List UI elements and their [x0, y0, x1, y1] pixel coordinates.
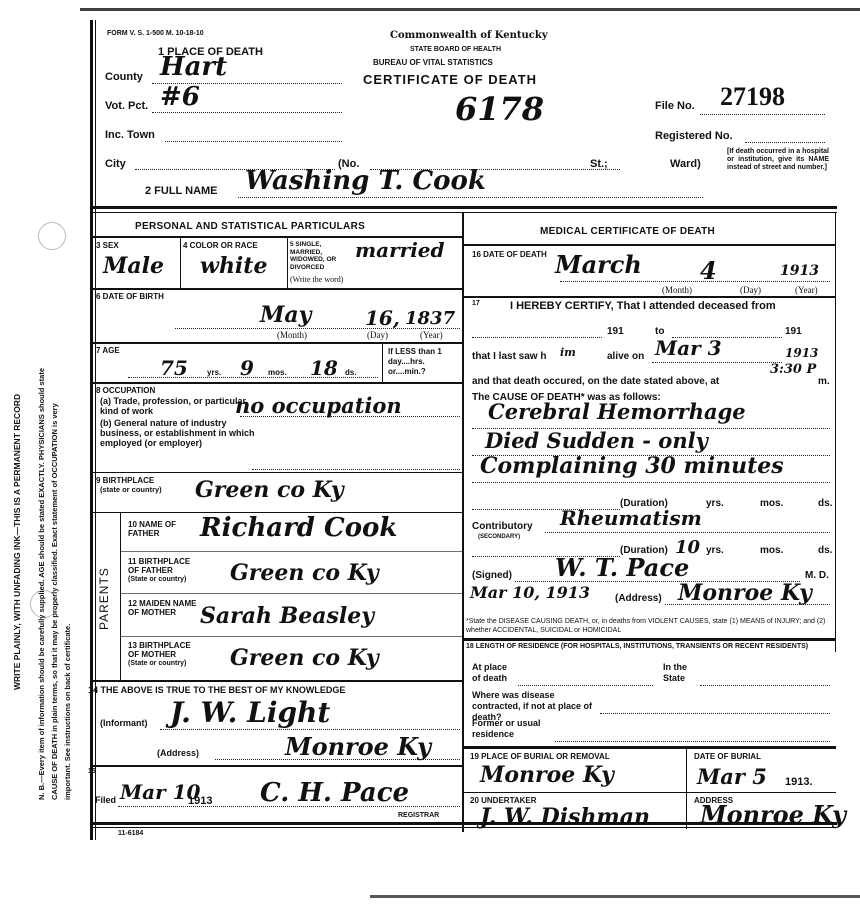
dob-year: 1837	[405, 308, 455, 329]
death-time-value: 3:30 P	[770, 362, 816, 377]
file-no-value: 27198	[720, 82, 785, 112]
dob-month-caption: (Month)	[277, 330, 307, 340]
hospital-note: [If death occurred in a hospital or inst…	[727, 148, 829, 172]
filed-number: 15	[88, 768, 96, 775]
full-name-value: Washing T. Cook	[245, 166, 486, 196]
filed-year: 1913	[188, 795, 212, 807]
county-value: Hart	[160, 52, 227, 82]
signed-value: W. T. Pace	[555, 553, 689, 582]
marital-value: married	[355, 238, 445, 262]
burial-place-label: 19 PLACE OF BURIAL OR REMOVAL	[470, 752, 610, 761]
dod-label: 16 DATE OF DEATH	[472, 250, 547, 259]
name-divider-2	[92, 212, 837, 213]
dod-day: 4	[700, 256, 717, 285]
contrib-yrs-label: yrs.	[706, 545, 724, 556]
duration-yrs-label: yrs.	[706, 498, 724, 509]
cause-line-3-field[interactable]	[472, 481, 830, 483]
undertaker-value: J. W. Dishman	[480, 804, 650, 830]
in-state-label: In the State	[663, 662, 703, 684]
sex-race-divider	[180, 238, 181, 288]
cause-line-3: Complaining 30 minutes	[480, 453, 784, 479]
attended-to-year: 191	[785, 326, 802, 337]
file-no-field[interactable]	[700, 113, 825, 115]
father-name-label: 10 NAME OF FATHER	[128, 520, 188, 538]
cause-line-2: Died Sudden - only	[485, 428, 708, 453]
informant-rule	[92, 680, 462, 682]
residence-rule	[464, 638, 836, 641]
father-name-value: Richard Cook	[200, 513, 397, 543]
occupation-b-label: (b) General nature of industry business,…	[100, 418, 270, 448]
less-than-day-label: If LESS than 1 day....hrs. or....min.?	[388, 347, 460, 377]
inc-town-field[interactable]	[165, 140, 342, 142]
mos-label: mos.	[268, 368, 287, 377]
contrib-ds-label: ds.	[818, 545, 832, 556]
contributory-value: Rheumatism	[560, 506, 702, 530]
age-years: 75	[160, 356, 188, 380]
residence-label: 18 LENGTH OF RESIDENCE (FOR HOSPITALS, I…	[466, 642, 834, 651]
death-time-label: and that death occured, on the date stat…	[472, 376, 719, 387]
punch-hole-top	[38, 222, 66, 250]
dod-day-caption: (Day)	[740, 285, 761, 295]
registered-no-label: Registered No.	[655, 130, 733, 142]
cause-footnote: *State the DISEASE CAUSING DEATH, or, in…	[466, 617, 834, 635]
occupation-label: 8 OCCUPATION	[96, 386, 155, 395]
informant-statement: 14 THE ABOVE IS TRUE TO THE BEST OF MY K…	[88, 685, 345, 695]
handwritten-number: 6178	[455, 90, 544, 128]
dod-year: 1913	[780, 263, 819, 279]
at-place-field[interactable]	[518, 684, 653, 686]
father-birthplace-label: 11 BIRTHPLACE OF FATHER	[128, 557, 198, 575]
duration-ds-label: ds.	[818, 498, 832, 509]
center-divider	[462, 212, 464, 832]
scan-streak	[370, 895, 860, 898]
parents-divider	[120, 512, 121, 680]
full-name-field[interactable]	[238, 196, 703, 198]
burial-date-value: Mar 5	[697, 764, 767, 789]
medical-heading: MEDICAL CERTIFICATE OF DEATH	[540, 226, 715, 237]
informant-address-value: Monroe Ky	[285, 732, 431, 761]
mother-name-value: Sarah Beasley	[200, 603, 374, 629]
nb-note-line2: CAUSE OF DEATH in plain terms, so that i…	[50, 403, 59, 800]
age-label: 7 AGE	[96, 346, 120, 355]
mother-birthplace-label: 13 BIRTHPLACE OF MOTHER	[128, 641, 198, 659]
dob-rule	[92, 288, 462, 290]
write-plainly-note: WRITE PLAINLY, WITH UNFADING INK—THIS IS…	[12, 394, 22, 690]
father-name-rule	[120, 551, 462, 552]
nb-note-line3: important. See instructions on back of c…	[63, 624, 72, 800]
dob-label: 6 DATE OF BIRTH	[96, 292, 164, 301]
registrar-label: REGISTRAR	[398, 812, 439, 819]
vot-pct-label: Vot. Pct.	[105, 100, 148, 112]
informant-label: (Informant)	[100, 718, 148, 728]
registrar-signature: C. H. Pace	[260, 778, 409, 808]
outer-left-border	[90, 20, 93, 840]
sex-value: Male	[103, 253, 164, 279]
form-code: 11-6184	[118, 830, 143, 837]
dod-month: March	[555, 250, 642, 279]
alive-on-label: alive on	[607, 351, 644, 362]
age-days: 18	[310, 356, 338, 380]
nb-note-line1: N. B.—Every item of information should b…	[37, 368, 46, 800]
last-saw-field[interactable]	[652, 361, 782, 363]
burial-rule	[464, 746, 836, 749]
dob-month: May	[260, 302, 311, 328]
age-months: 9	[240, 356, 254, 380]
informant-value: J. W. Light	[170, 696, 330, 729]
commonwealth-title: Commonwealth of Kentucky	[390, 30, 548, 41]
bureau-title: BUREAU OF VITAL STATISTICS	[373, 58, 493, 67]
occupation-b-field[interactable]	[252, 468, 460, 470]
ward-label: Ward)	[670, 158, 701, 170]
marital-label: 5 SINGLE, MARRIED, WIDOWED, OR DIVORCED	[290, 241, 342, 271]
age-divider	[382, 344, 383, 382]
street-label: St.;	[590, 158, 608, 170]
file-no-label: File No.	[655, 100, 695, 112]
ds-label: ds.	[345, 368, 357, 377]
undertaker-rule	[464, 792, 836, 793]
former-residence-field[interactable]	[555, 740, 830, 742]
medical-heading-rule	[464, 244, 836, 246]
last-saw-year: 1913	[785, 346, 818, 360]
dod-month-caption: (Month)	[662, 285, 692, 295]
vot-pct-value: #6	[160, 82, 200, 112]
parents-label: PARENTS	[97, 567, 111, 630]
signed-date: Mar 10, 1913	[470, 583, 590, 602]
board-title: STATE BOARD OF HEALTH	[410, 46, 501, 53]
filed-label: Filed	[95, 795, 116, 805]
burial-date-label: DATE OF BURIAL	[694, 752, 761, 761]
duration-mos-label: mos.	[760, 498, 783, 509]
dod-field[interactable]	[560, 280, 830, 282]
last-saw-pronoun: im	[560, 346, 576, 359]
filed-rule	[92, 765, 462, 767]
birthplace-rule	[92, 472, 462, 473]
marital-note: (Write the word)	[290, 275, 343, 284]
last-saw-date: Mar 3	[655, 336, 722, 360]
occupation-a-label: (a) Trade, profession, or particular kin…	[100, 396, 250, 416]
race-value: white	[200, 253, 267, 279]
registered-no-field[interactable]	[745, 141, 825, 143]
mother-name-rule	[120, 636, 462, 637]
father-birthplace-sublabel: (State or country)	[128, 576, 186, 583]
undertaker-address-value: Monroe Ky	[700, 800, 846, 829]
last-saw-label: that I last saw h	[472, 351, 546, 362]
certificate-title: CERTIFICATE OF DEATH	[363, 72, 537, 87]
certify-number: 17	[472, 300, 480, 307]
name-divider	[92, 206, 837, 209]
at-place-label: At place of death	[472, 662, 517, 684]
outer-left-border-inner	[95, 20, 96, 840]
physician-address-label: (Address)	[615, 593, 662, 604]
burial-date-year: 1913.	[785, 776, 813, 788]
mother-birthplace-value: Green co Ky	[230, 645, 379, 671]
father-birthplace-value: Green co Ky	[230, 560, 379, 586]
contrib-mos-label: mos.	[760, 545, 783, 556]
physician-address-value: Monroe Ky	[678, 580, 812, 606]
age-rule	[92, 342, 462, 344]
dob-year-caption: (Year)	[420, 330, 443, 340]
in-state-field[interactable]	[700, 684, 830, 686]
occupation-rule	[92, 382, 462, 384]
county-label: County	[105, 71, 143, 83]
former-residence-label: Former or usual residence	[472, 718, 542, 740]
birthplace-sublabel: (state or country)	[100, 485, 162, 494]
dob-day-caption: (Day)	[367, 330, 388, 340]
certify-text: I HEREBY CERTIFY, That I attended deceas…	[510, 300, 776, 312]
city-label: City	[105, 158, 126, 170]
mother-birthplace-sublabel: (State or country)	[128, 660, 186, 667]
certify-rule	[464, 296, 836, 298]
personal-heading: PERSONAL AND STATISTICAL PARTICULARS	[135, 221, 365, 232]
dod-year-caption: (Year)	[795, 285, 818, 295]
sex-label: 3 SEX	[96, 241, 119, 250]
secondary-label: (SECONDARY)	[478, 534, 520, 540]
mother-name-label: 12 MAIDEN NAME OF MOTHER	[128, 599, 198, 617]
contracted-field[interactable]	[600, 712, 830, 714]
occupation-a-value: no occupation	[235, 393, 402, 418]
burial-divider	[686, 749, 687, 829]
attended-from-year: 191	[607, 326, 624, 337]
race-marital-divider	[287, 238, 288, 288]
burial-place-value: Monroe Ky	[480, 762, 614, 788]
cause-line-1: Cerebral Hemorrhage	[488, 399, 746, 424]
yrs-label: yrs.	[207, 368, 221, 377]
death-time-m: m.	[818, 376, 830, 387]
contributory-label: Contributory	[472, 521, 533, 532]
birthplace-value: Green co Ky	[195, 477, 344, 503]
informant-address-label: (Address)	[157, 748, 199, 758]
right-border	[835, 212, 836, 652]
signed-label: (Signed)	[472, 570, 512, 581]
dob-day: 16,	[365, 306, 400, 330]
full-name-label: 2 FULL NAME	[145, 185, 218, 197]
attended-from-field[interactable]	[472, 336, 602, 338]
inc-town-label: Inc. Town	[105, 129, 155, 141]
father-birthplace-rule	[120, 593, 462, 594]
contributory-field[interactable]	[545, 531, 830, 533]
form-number: FORM V. S. 1-500 M. 10-18-10	[107, 30, 204, 37]
race-label: 4 COLOR OR RACE	[183, 241, 258, 250]
birthplace-label: 9 BIRTHPLACE	[96, 476, 154, 485]
top-edge	[80, 8, 860, 11]
